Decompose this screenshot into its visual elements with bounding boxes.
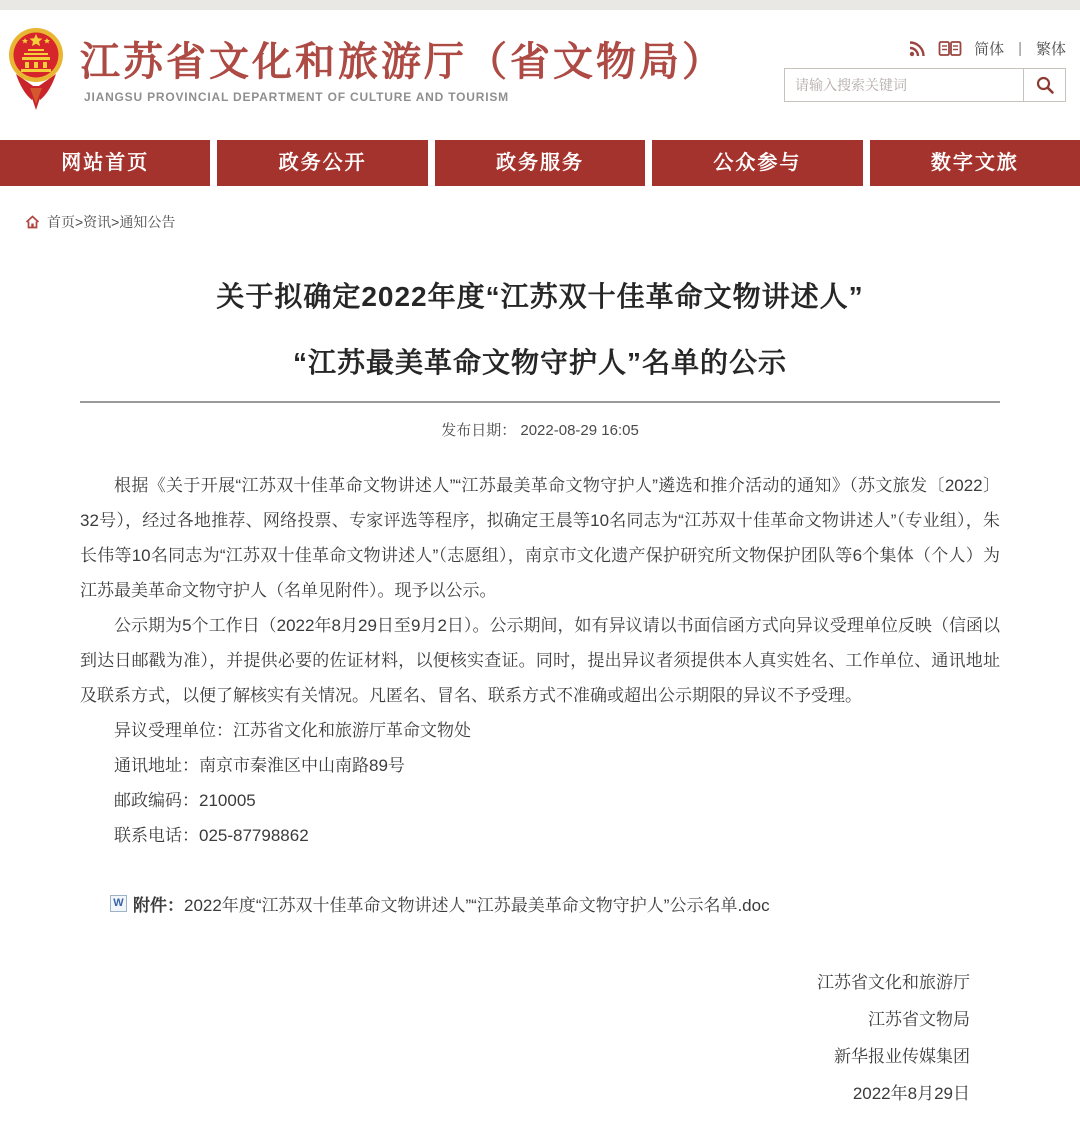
signature-media-group: 新华报业传媒集团 (80, 1038, 970, 1075)
accessibility-reader-icon[interactable] (938, 40, 962, 58)
attachment-row: W 附件： 2022年度“江苏双十佳革命文物讲述人”“江苏最美革命文物守护人”公… (80, 891, 1000, 916)
site-header: 江苏省文化和旅游厅（省文物局） JIANGSU PROVINCIAL DEPAR… (0, 10, 1080, 140)
article: 关于拟确定2022年度“江苏双十佳革命文物讲述人” “江苏最美革命文物守护人”名… (0, 277, 1080, 1112)
lang-traditional-button[interactable]: 繁体 (1036, 38, 1066, 59)
signature-date: 2022年8月29日 (80, 1075, 970, 1112)
publish-date-value: 2022-08-29 16:05 (520, 422, 638, 439)
paragraph-publicity-period: 公示期为5个工作日（2022年8月29日至9月2日）。公示期间，如有异议请以书面… (80, 608, 1000, 713)
attachment-label: 附件： (133, 891, 184, 916)
attachment-file-link[interactable]: 2022年度“江苏双十佳革命文物讲述人”“江苏最美革命文物守护人”公示名单.do… (184, 891, 770, 916)
nav-item-home[interactable]: 网站首页 (0, 140, 210, 186)
breadcrumb-path: 首页>资讯>通知公告 (47, 212, 175, 232)
nav-item-digital-tourism[interactable]: 数字文旅 (870, 140, 1080, 186)
paragraph-intro: 根据《关于开展“江苏双十佳革命文物讲述人”“江苏最美革命文物守护人”遴选和推介活… (80, 468, 1000, 608)
article-body: 根据《关于开展“江苏双十佳革命文物讲述人”“江苏最美革命文物守护人”遴选和推介活… (80, 468, 1000, 853)
word-document-icon: W (110, 895, 127, 912)
search-icon (1035, 75, 1055, 95)
nav-item-gov-disclosure[interactable]: 政务公开 (217, 140, 427, 186)
rss-icon[interactable] (908, 40, 926, 58)
breadcrumb[interactable]: 首页>资讯>通知公告 (25, 212, 1080, 232)
signature-heritage-bureau: 江苏省文物局 (80, 1001, 970, 1038)
lang-simplified-button[interactable]: 简体 (974, 38, 1004, 59)
line-objection-unit: 异议受理单位：江苏省文化和旅游厅革命文物处 (80, 713, 1000, 748)
lang-divider: | (1018, 40, 1022, 57)
publish-date: 发布日期： 2022-08-29 16:05 (80, 419, 1000, 440)
utility-bar: 简体 | 繁体 (908, 38, 1066, 59)
signature-block: 江苏省文化和旅游厅 江苏省文物局 新华报业传媒集团 2022年8月29日 (80, 964, 1000, 1112)
line-contact-phone: 联系电话：025-87798862 (80, 818, 1000, 853)
publish-date-label: 发布日期： (441, 422, 516, 439)
line-postal-code: 邮政编码：210005 (80, 783, 1000, 818)
article-title-line1: 关于拟确定2022年度“江苏双十佳革命文物讲述人” (80, 277, 1000, 317)
national-emblem-logo[interactable] (8, 26, 64, 114)
nav-item-gov-services[interactable]: 政务服务 (435, 140, 645, 186)
top-strip (0, 0, 1080, 10)
search-input[interactable] (785, 69, 1023, 101)
signature-department: 江苏省文化和旅游厅 (80, 964, 970, 1001)
site-title: 江苏省文化和旅游厅（省文物局） (80, 30, 725, 87)
article-title-line2: “江苏最美革命文物守护人”名单的公示 (80, 343, 1000, 383)
line-mailing-address: 通讯地址：南京市秦淮区中山南路89号 (80, 748, 1000, 783)
search-button[interactable] (1023, 69, 1065, 101)
site-subtitle: JIANGSU PROVINCIAL DEPARTMENT OF CULTURE… (84, 90, 509, 104)
page: 江苏省文化和旅游厅（省文物局） JIANGSU PROVINCIAL DEPAR… (0, 0, 1080, 1144)
home-icon (25, 215, 40, 229)
title-divider (80, 401, 1000, 403)
search-box (784, 68, 1066, 102)
main-nav: 网站首页 政务公开 政务服务 公众参与 数字文旅 (0, 140, 1080, 186)
nav-item-public-participation[interactable]: 公众参与 (652, 140, 862, 186)
